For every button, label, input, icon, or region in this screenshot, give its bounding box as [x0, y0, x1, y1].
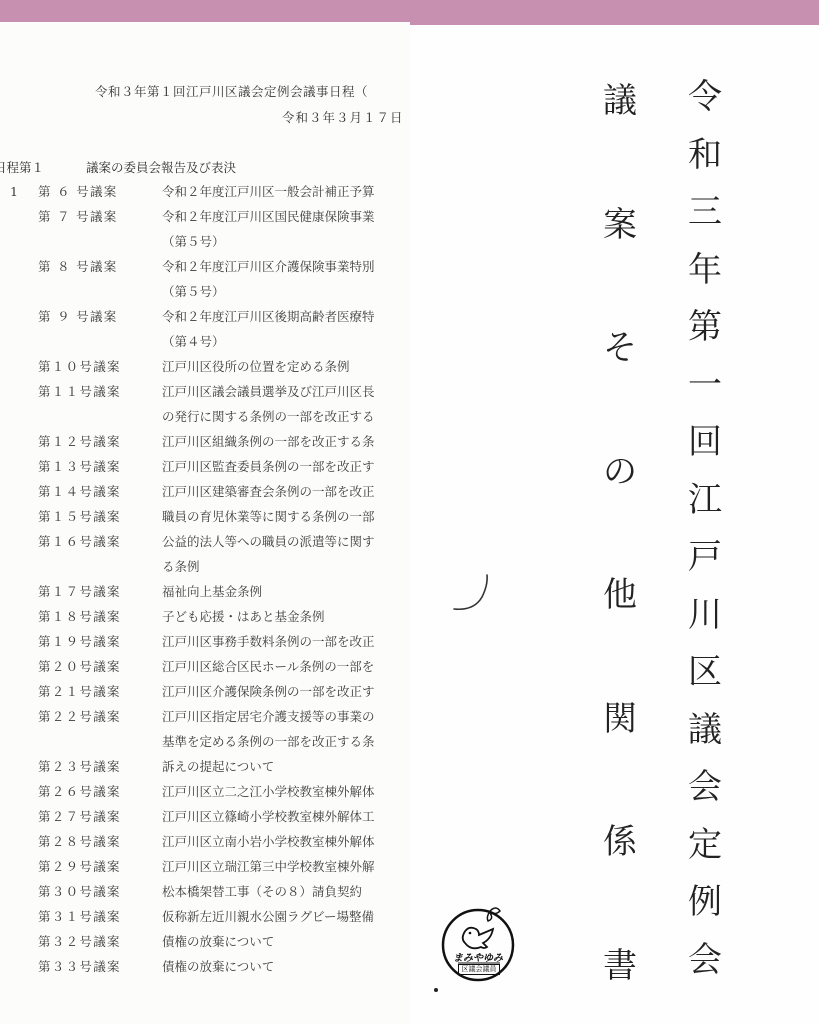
bill-number: 第１２号議案: [38, 432, 148, 452]
cover-title-char: 区: [683, 652, 727, 692]
agenda-item: 第１８号議案子ども応援・はあと基金条例: [0, 607, 410, 627]
bill-number: 第 ７ 号議案: [38, 207, 148, 227]
bill-title: 江戸川区指定居宅介護支援等の事業の: [162, 707, 375, 727]
agenda-item: 第１２号議案江戸川区組織条例の一部を改正する条: [0, 432, 410, 452]
agenda-item: 第 ８ 号議案令和２年度江戸川区介護保険事業特別: [0, 257, 410, 277]
cover-title-char: 戸: [683, 537, 727, 577]
section-header: 日程第１議案の委員会報告及び表決: [0, 158, 236, 176]
header-bar-left: [0, 0, 410, 22]
stamp-title: 区議会議員: [458, 964, 500, 975]
agenda-item: 第２８号議案江戸川区立南小岩小学校教室棟外解体: [0, 832, 410, 852]
bill-number: 第１６号議案: [38, 532, 148, 552]
agenda-item: 第 ９ 号議案令和２年度江戸川区後期高齢者医療特: [0, 307, 410, 327]
agenda-item: 第１１号議案江戸川区議会議員選挙及び江戸川区長: [0, 382, 410, 402]
agenda-item: 第２１号議案江戸川区介護保険条例の一部を改正す: [0, 682, 410, 702]
bill-number: 第２０号議案: [38, 657, 148, 677]
cover-title-char: 議: [683, 710, 727, 750]
cover-subtitle-char: 関: [598, 699, 642, 739]
cover-subtitle-char: 係: [598, 822, 642, 862]
cover-title-char: 第: [683, 307, 727, 347]
bill-number: 第３３号議案: [38, 957, 148, 977]
cover-title-char: 一: [683, 365, 727, 405]
bill-number: 第１８号議案: [38, 607, 148, 627]
bill-title-continuation: の発行に関する条例の一部を改正する: [162, 407, 375, 427]
cover-title-char: 川: [683, 595, 727, 635]
bill-title: 職員の育児休業等に関する条例の一部: [162, 507, 375, 527]
bill-number: 第１１号議案: [38, 382, 148, 402]
agenda-item: 第３２号議案債権の放棄について: [0, 932, 410, 952]
agenda-item: 第２２号議案江戸川区指定居宅介護支援等の事業の: [0, 707, 410, 727]
cover-title-char: 定: [683, 825, 727, 865]
cover-subtitle-char: 議: [598, 81, 642, 121]
bill-title: 江戸川区組織条例の一部を改正する条: [162, 432, 375, 452]
agenda-item: 第２６号議案江戸川区立二之江小学校教室棟外解体: [0, 782, 410, 802]
cover-title-char: 年: [683, 250, 727, 290]
bill-title: 訴えの提起について: [162, 757, 274, 777]
agenda-item: 第２９号議案江戸川区立瑞江第三中学校教室棟外解: [0, 857, 410, 877]
agenda-item: 第１０号議案江戸川区役所の位置を定める条例: [0, 357, 410, 377]
cover-subtitle-char: そ: [598, 328, 642, 368]
bill-title: 江戸川区監査委員条例の一部を改正す: [162, 457, 375, 477]
cover-title-char: 令: [683, 77, 727, 117]
cover-subtitle-char: 案: [598, 205, 642, 245]
stamp-seal: まみやゆみ 区議会議員: [438, 903, 518, 983]
cover-title-char: 例: [683, 882, 727, 922]
bill-number: 第１９号議案: [38, 632, 148, 652]
bill-number: 第 ８ 号議案: [38, 257, 148, 277]
agenda-item: 第２７号議案江戸川区立篠崎小学校教室棟外解体工: [0, 807, 410, 827]
bill-number: 第 ９ 号議案: [38, 307, 148, 327]
bill-title: 仮称新左近川親水公園ラグビー場整備: [162, 907, 374, 927]
agenda-item: 第２０号議案江戸川区総合区民ホール条例の一部を: [0, 657, 410, 677]
section-label: 日程第１: [0, 158, 86, 176]
bill-title: 江戸川区議会議員選挙及び江戸川区長: [162, 382, 375, 402]
bill-title: 江戸川区立南小岩小学校教室棟外解体: [162, 832, 375, 852]
bill-number: 第３０号議案: [38, 882, 148, 902]
bill-number: 第１５号議案: [38, 507, 148, 527]
bill-number: 第３２号議案: [38, 932, 148, 952]
bill-title-continuation: （第４号）: [162, 332, 225, 352]
document-title: 令和３年第１回江戸川区議会定例会議事日程（: [95, 82, 368, 100]
cover-title-char: 会: [683, 940, 727, 980]
bill-number: 第１３号議案: [38, 457, 148, 477]
agenda-item: 第 ７ 号議案令和２年度江戸川区国民健康保険事業: [0, 207, 410, 227]
agenda-item: 第１５号議案職員の育児休業等に関する条例の一部: [0, 507, 410, 527]
bill-title-continuation: （第５号）: [162, 232, 225, 252]
cover-subtitle-char: の: [598, 452, 642, 492]
bill-title: 債権の放棄について: [162, 932, 274, 952]
cover-title-char: 回: [683, 422, 727, 462]
bill-title-continuation: る条例: [162, 557, 200, 577]
bill-number: 第 ６ 号議案: [38, 182, 148, 202]
stamp-name: まみやゆみ: [438, 949, 518, 964]
bill-number: 第２３号議案: [38, 757, 148, 777]
agenda-item: 第３３号議案債権の放棄について: [0, 957, 410, 977]
bill-title: 江戸川区事務手数料条例の一部を改正: [162, 632, 375, 652]
bill-title: 松本橋架替工事（その８）請負契約: [162, 882, 362, 902]
bill-title: 江戸川区建築審査会条例の一部を改正: [162, 482, 375, 502]
agenda-item: 第１４号議案江戸川区建築審査会条例の一部を改正: [0, 482, 410, 502]
agenda-item: 第１６号議案公益的法人等への職員の派遣等に関す: [0, 532, 410, 552]
agenda-document: 令和３年第１回江戸川区議会定例会議事日程（ 令和３年３月１７日 日程第１議案の委…: [0, 22, 410, 1024]
agenda-item: 1第 ６ 号議案令和２年度江戸川区一般会計補正予算: [0, 182, 410, 202]
ink-dot: [434, 988, 438, 992]
bill-title: 公益的法人等への職員の派遣等に関す: [162, 532, 375, 552]
agenda-item: 第１３号議案江戸川区監査委員条例の一部を改正す: [0, 457, 410, 477]
bill-title-continuation: 基準を定める条例の一部を改正する条: [162, 732, 375, 752]
bill-title: 令和２年度江戸川区後期高齢者医療特: [162, 307, 375, 327]
agenda-item: 第２３号議案訴えの提起について: [0, 757, 410, 777]
cover-title-char: 和: [683, 135, 727, 175]
bill-title: 福祉向上基金条例: [162, 582, 262, 602]
agenda-item: 第１７号議案福祉向上基金条例: [0, 582, 410, 602]
bill-title: 令和２年度江戸川区一般会計補正予算: [162, 182, 375, 202]
cover-document: 令和三年第一回江戸川区議会定例会 議案その他関係書 まみやゆみ 区議会議員: [410, 25, 819, 1024]
bill-title: 債権の放棄について: [162, 957, 274, 977]
bill-title: 江戸川区総合区民ホール条例の一部を: [162, 657, 374, 677]
bill-number: 第２７号議案: [38, 807, 148, 827]
agenda-item: 第１９号議案江戸川区事務手数料条例の一部を改正: [0, 632, 410, 652]
agenda-item: 第３１号議案仮称新左近川親水公園ラグビー場整備: [0, 907, 410, 927]
bill-number: 第２９号議案: [38, 857, 148, 877]
bill-title: 江戸川区立二之江小学校教室棟外解体: [162, 782, 375, 802]
cover-title-char: 江: [683, 480, 727, 520]
bill-number: 第１７号議案: [38, 582, 148, 602]
section-heading: 議案の委員会報告及び表決: [86, 160, 236, 175]
cover-title-char: 三: [683, 192, 727, 232]
bill-title: 江戸川区立篠崎小学校教室棟外解体工: [162, 807, 375, 827]
bill-number: 第２２号議案: [38, 707, 148, 727]
item-index: 1: [10, 182, 30, 202]
bill-number: 第２１号議案: [38, 682, 148, 702]
bill-title: 江戸川区介護保険条例の一部を改正す: [162, 682, 375, 702]
bill-number: 第２８号議案: [38, 832, 148, 852]
bill-title-continuation: （第５号）: [162, 282, 225, 302]
bill-title: 令和２年度江戸川区国民健康保険事業: [162, 207, 375, 227]
cover-title-char: 会: [683, 767, 727, 807]
bill-number: 第３１号議案: [38, 907, 148, 927]
document-date: 令和３年３月１７日: [282, 108, 404, 126]
bill-title: 江戸川区役所の位置を定める条例: [162, 357, 350, 377]
handwritten-stroke: [452, 573, 497, 613]
cover-subtitle-char: 書: [598, 946, 642, 986]
bill-number: 第１４号議案: [38, 482, 148, 502]
agenda-item: 第３０号議案松本橋架替工事（その８）請負契約: [0, 882, 410, 902]
bill-title: 江戸川区立瑞江第三中学校教室棟外解: [162, 857, 375, 877]
bill-number: 第１０号議案: [38, 357, 148, 377]
bill-title: 子ども応援・はあと基金条例: [162, 607, 325, 627]
bill-number: 第２６号議案: [38, 782, 148, 802]
cover-subtitle-char: 他: [598, 575, 642, 615]
header-bar-right: [410, 0, 819, 25]
bill-title: 令和２年度江戸川区介護保険事業特別: [162, 257, 375, 277]
